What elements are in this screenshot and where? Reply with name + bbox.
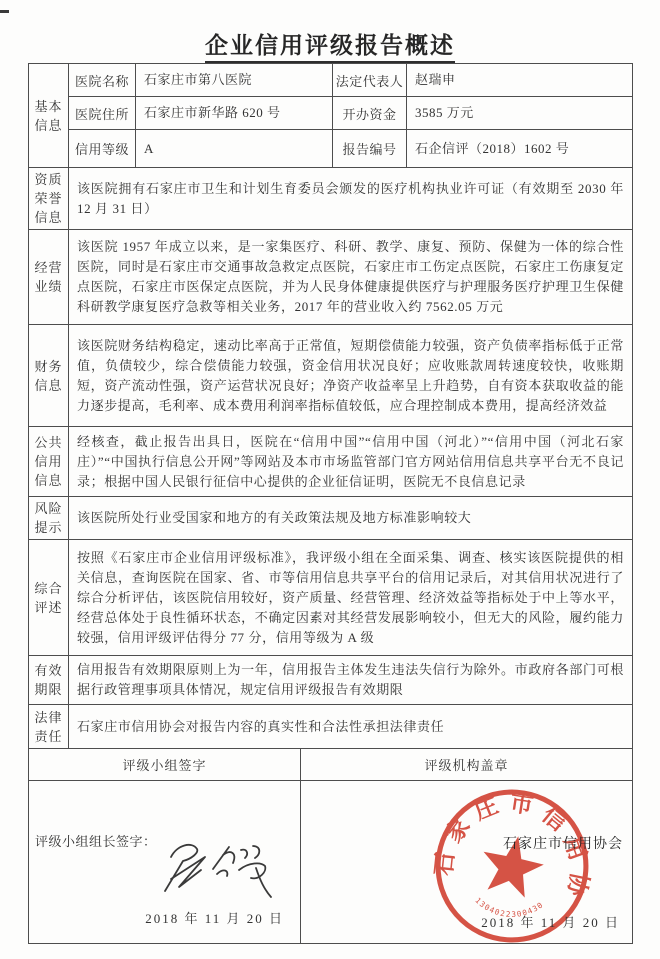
section-content: 该医院所处行业受国家和地方的有关政策法规及地方标准影响较大 (69, 497, 633, 540)
section-row-finance: 财务 信息 该医院财务结构稳定，速动比率高于正常值，短期偿债能力较强，资产负债率… (29, 325, 633, 427)
field-value-report-no: 石企信评（2018）1602 号 (407, 130, 633, 168)
section-row-qualification: 资质 荣誉 信息 该医院拥有石家庄市卫生和计划生育委员会颁发的医疗机构执业许可证… (29, 168, 633, 230)
section-content: 该医院 1957 年成立以来，是一家集医疗、科研、教学、康复、预防、保健为一体的… (69, 230, 633, 325)
signoff-header-row: 评级小组签字 评级机构盖章 (29, 749, 633, 781)
sign-date-left: 2018 年 11 月 20 日 (145, 908, 284, 927)
section-content: 信用报告有效期限原则上为一年，信用报告主体发生违法失信行为除外。市政府各部门可根… (69, 656, 633, 705)
section-content: 该医院财务结构稳定，速动比率高于正常值，短期偿债能力较强，资产负债率指标低于正常… (69, 325, 633, 427)
sign-date-right: 2018 年 11 月 20 日 (481, 912, 620, 931)
field-value-legal-rep: 赵瑞申 (407, 64, 633, 97)
field-value-capital: 3585 万元 (407, 97, 633, 130)
section-label: 风险 提示 (29, 497, 69, 540)
section-content: 按照《石家庄市企业信用评级标准》，我评级小组在全面采集、调查、核实该医院提供的相… (69, 540, 633, 656)
signature-cell: 评级小组组长签字： 2018 年 11 月 20 日 (29, 781, 301, 944)
section-label: 资质 荣誉 信息 (29, 168, 69, 230)
leader-signature-label: 评级小组组长签字： (35, 831, 157, 850)
page-title: 企业信用评级报告概述 (205, 27, 455, 63)
sign-header-left: 评级小组签字 (29, 749, 301, 781)
section-row-public-credit: 公共 信用 信息 经核查，截止报告出具日，医院在“信用中国”“信用中国（河北）”… (29, 427, 633, 497)
section-content: 该医院拥有石家庄市卫生和计划生育委员会颁发的医疗机构执业许可证（有效期至 203… (69, 168, 633, 230)
field-label-capital: 开办资金 (333, 97, 407, 130)
signoff-table: 评级小组签字 评级机构盖章 评级小组组长签字： 2018 年 11 月 20 日 (28, 748, 633, 944)
section-label-basic: 基本 信息 (29, 64, 69, 168)
field-value-credit-grade: A (136, 130, 333, 168)
section-label: 财务 信息 (29, 325, 69, 427)
scan-artifact-mark (0, 10, 9, 13)
section-row-risk: 风险 提示 该医院所处行业受国家和地方的有关政策法规及地方标准影响较大 (29, 497, 633, 540)
field-value-hospital-name: 石家庄市第八医院 (136, 64, 333, 97)
signoff-body-row: 评级小组组长签字： 2018 年 11 月 20 日 (29, 781, 633, 944)
section-row-validity: 有效 期限 信用报告有效期限原则上为一年，信用报告主体发生违法失信行为除外。市政… (29, 656, 633, 705)
section-label: 有效 期限 (29, 656, 69, 705)
seal-cell: 石家庄市信用协会 1304022300430 石家庄市信用协会 2018 年 1… (301, 781, 633, 944)
org-name-text: 石家庄市信用协会 (503, 833, 623, 853)
handwritten-signature-image (161, 837, 279, 901)
field-label-report-no: 报告编号 (333, 130, 407, 168)
report-table: 基本 信息 医院名称 石家庄市第八医院 法定代表人 赵瑞申 医院住所 石家庄市新… (28, 63, 633, 749)
field-label-credit-grade: 信用等级 (69, 130, 136, 168)
section-content: 石家庄市信用协会对报告内容的真实性和合法性承担法律责任 (69, 705, 633, 749)
field-value-address: 石家庄市新华路 620 号 (136, 97, 333, 130)
section-label: 法律 责任 (29, 705, 69, 749)
basic-row: 信用等级 A 报告编号 石企信评（2018）1602 号 (29, 130, 633, 168)
section-content: 经核查，截止报告出具日，医院在“信用中国”“信用中国（河北）”“信用中国（河北石… (69, 427, 633, 497)
section-row-summary: 综合 评述 按照《石家庄市企业信用评级标准》，我评级小组在全面采集、调查、核实该… (29, 540, 633, 656)
field-label-hospital-name: 医院名称 (69, 64, 136, 97)
section-row-legal: 法律 责任 石家庄市信用协会对报告内容的真实性和合法性承担法律责任 (29, 705, 633, 749)
section-row-performance: 经营 业绩 该医院 1957 年成立以来，是一家集医疗、科研、教学、康复、预防、… (29, 230, 633, 325)
section-label: 经营 业绩 (29, 230, 69, 325)
field-label-legal-rep: 法定代表人 (333, 64, 407, 97)
title-bar: 企业信用评级报告概述 (0, 0, 660, 63)
basic-row: 医院住所 石家庄市新华路 620 号 开办资金 3585 万元 (29, 97, 633, 130)
basic-row: 基本 信息 医院名称 石家庄市第八医院 法定代表人 赵瑞申 (29, 64, 633, 97)
sign-header-right: 评级机构盖章 (301, 749, 633, 781)
section-label: 综合 评述 (29, 540, 69, 656)
field-label-address: 医院住所 (69, 97, 136, 130)
section-label: 公共 信用 信息 (29, 427, 69, 497)
